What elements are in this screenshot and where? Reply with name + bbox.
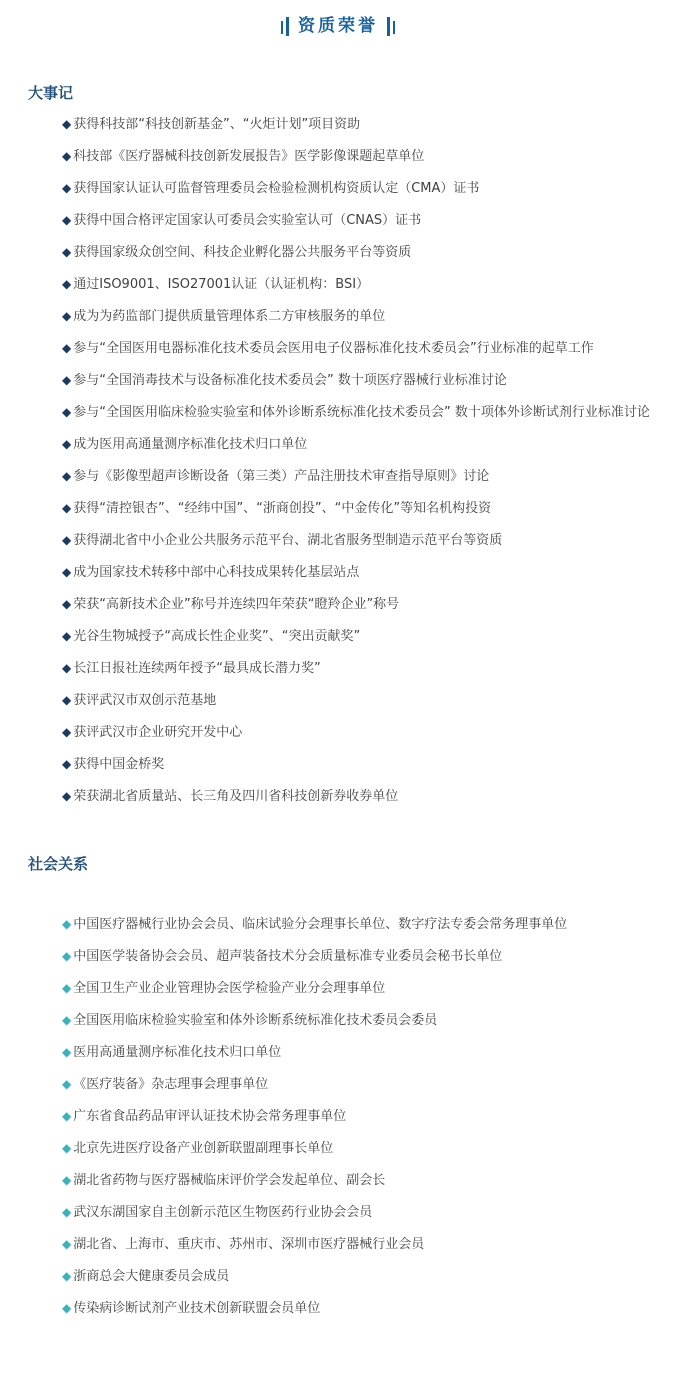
diamond-bullet-icon: ◆ — [62, 1077, 71, 1091]
list-item: ◆中国医疗器械行业协会会员、临床试验分会理事长单位、数字疗法专委会常务理事单位 — [62, 908, 648, 940]
diamond-bullet-icon: ◆ — [62, 725, 71, 739]
list-item-text: 全国医用临床检验实验室和体外诊断系统标准化技术委员会委员 — [73, 1013, 437, 1028]
section-heading-milestones: 大事记 — [28, 83, 648, 103]
page-title-text: 资质荣誉 — [298, 15, 378, 37]
list-item: ◆长江日报社连续两年授予“最具成长潜力奖” — [62, 652, 648, 684]
diamond-bullet-icon: ◆ — [62, 373, 71, 387]
list-item-text: 成为医用高通量测序标准化技术归口单位 — [73, 437, 307, 452]
list-item-text: 浙商总会大健康委员会成员 — [73, 1269, 229, 1284]
list-item-text: 成为国家技术转移中部中心科技成果转化基层站点 — [73, 565, 359, 580]
list-item: ◆通过ISO9001、ISO27001认证（认证机构：BSI） — [62, 268, 648, 300]
diamond-bullet-icon: ◆ — [62, 437, 71, 451]
list-item: ◆荣获“高新技术企业”称号并连续四年荣获“瞪羚企业”称号 — [62, 588, 648, 620]
list-item-text: 武汉东湖国家自主创新示范区生物医药行业协会会员 — [73, 1205, 372, 1220]
diamond-bullet-icon: ◆ — [62, 1045, 71, 1059]
list-item: ◆获得国家级众创空间、科技企业孵化器公共服务平台等资质 — [62, 236, 648, 268]
list-item: ◆获得“清控银杏”、“经纬中国”、“浙商创投”、“中金传化”等知名机构投资 — [62, 492, 648, 524]
diamond-bullet-icon: ◆ — [62, 149, 71, 163]
list-item-text: 获得国家级众创空间、科技企业孵化器公共服务平台等资质 — [73, 245, 411, 260]
list-item-text: 湖北省药物与医疗器械临床评价学会发起单位、副会长 — [73, 1173, 385, 1188]
list-item-text: 医用高通量测序标准化技术归口单位 — [73, 1045, 281, 1060]
list-item-text: 成为为药监部门提供质量管理体系二方审核服务的单位 — [73, 309, 385, 324]
list-item: ◆医用高通量测序标准化技术归口单位 — [62, 1036, 648, 1068]
list-item-text: 荣获湖北省质量站、长三角及四川省科技创新券收券单位 — [73, 789, 398, 804]
diamond-bullet-icon: ◆ — [62, 1269, 71, 1283]
diamond-bullet-icon: ◆ — [62, 981, 71, 995]
list-item-text: 参与“全国消毒技术与设备标准化技术委员会” 数十项医疗器械行业标准讨论 — [73, 373, 507, 388]
list-item: ◆传染病诊断试剂产业技术创新联盟会员单位 — [62, 1292, 648, 1324]
diamond-bullet-icon: ◆ — [62, 917, 71, 931]
diamond-bullet-icon: ◆ — [62, 629, 71, 643]
decor-bar-tall — [387, 17, 390, 36]
list-item: ◆广东省食品药品审评认证技术协会常务理事单位 — [62, 1100, 648, 1132]
list-item: ◆浙商总会大健康委员会成员 — [62, 1260, 648, 1292]
list-item: ◆武汉东湖国家自主创新示范区生物医药行业协会会员 — [62, 1196, 648, 1228]
diamond-bullet-icon: ◆ — [62, 661, 71, 675]
diamond-bullet-icon: ◆ — [62, 245, 71, 259]
list-item-text: 全国卫生产业企业管理协会医学检验产业分会理事单位 — [73, 981, 385, 996]
diamond-bullet-icon: ◆ — [62, 1141, 71, 1155]
diamond-bullet-icon: ◆ — [62, 213, 71, 227]
sections-container: 大事记◆获得科技部“科技创新基金”、“火炬计划”项目资助◆科技部《医疗器械科技创… — [28, 83, 648, 1324]
diamond-bullet-icon: ◆ — [62, 693, 71, 707]
list-item: ◆成为国家技术转移中部中心科技成果转化基层站点 — [62, 556, 648, 588]
diamond-bullet-icon: ◆ — [62, 789, 71, 803]
diamond-bullet-icon: ◆ — [62, 1301, 71, 1315]
list-item-text: 科技部《医疗器械科技创新发展报告》医学影像课题起草单位 — [73, 149, 424, 164]
diamond-bullet-icon: ◆ — [62, 117, 71, 131]
list-item-text: 传染病诊断试剂产业技术创新联盟会员单位 — [73, 1301, 320, 1316]
list-item: ◆荣获湖北省质量站、长三角及四川省科技创新券收券单位 — [62, 780, 648, 812]
list-item-text: 长江日报社连续两年授予“最具成长潜力奖” — [73, 661, 320, 676]
list-item-text: 广东省食品药品审评认证技术协会常务理事单位 — [73, 1109, 346, 1124]
list-item: ◆获评武汉市企业研究开发中心 — [62, 716, 648, 748]
list-item: ◆《医疗装备》杂志理事会理事单位 — [62, 1068, 648, 1100]
list-item-text: 中国医疗器械行业协会会员、临床试验分会理事长单位、数字疗法专委会常务理事单位 — [73, 917, 567, 932]
list-item: ◆获得中国金桥奖 — [62, 748, 648, 780]
diamond-bullet-icon: ◆ — [62, 949, 71, 963]
honors-page: { "page": { "title": "资质荣誉" }, "colors":… — [0, 0, 676, 1382]
decor-bar-tall — [286, 17, 289, 36]
diamond-bullet-icon: ◆ — [62, 277, 71, 291]
decor-bar-short — [393, 21, 395, 34]
list-item-text: 中国医学装备协会会员、超声装备技术分会质量标准专业委员会秘书长单位 — [73, 949, 502, 964]
list-item-text: 获得中国金桥奖 — [73, 757, 164, 772]
list-item: ◆湖北省药物与医疗器械临床评价学会发起单位、副会长 — [62, 1164, 648, 1196]
list-item-text: 获得湖北省中小企业公共服务示范平台、湖北省服务型制造示范平台等资质 — [73, 533, 502, 548]
list-item-text: 获得国家认证认可监督管理委员会检验检测机构资质认定（CMA）证书 — [73, 181, 479, 196]
list-item-text: 参与《影像型超声诊断设备（第三类）产品注册技术审查指导原则》讨论 — [73, 469, 489, 484]
diamond-bullet-icon: ◆ — [62, 501, 71, 515]
diamond-bullet-icon: ◆ — [62, 1237, 71, 1251]
diamond-bullet-icon: ◆ — [62, 565, 71, 579]
section-list-milestones: ◆获得科技部“科技创新基金”、“火炬计划”项目资助◆科技部《医疗器械科技创新发展… — [28, 108, 648, 812]
diamond-bullet-icon: ◆ — [62, 309, 71, 323]
list-item: ◆全国卫生产业企业管理协会医学检验产业分会理事单位 — [62, 972, 648, 1004]
list-item-text: 获得中国合格评定国家认可委员会实验室认可（CNAS）证书 — [73, 213, 421, 228]
list-item: ◆成为医用高通量测序标准化技术归口单位 — [62, 428, 648, 460]
diamond-bullet-icon: ◆ — [62, 533, 71, 547]
list-item: ◆获得国家认证认可监督管理委员会检验检测机构资质认定（CMA）证书 — [62, 172, 648, 204]
list-item: ◆科技部《医疗器械科技创新发展报告》医学影像课题起草单位 — [62, 140, 648, 172]
list-item-text: 湖北省、上海市、重庆市、苏州市、深圳市医疗器械行业会员 — [73, 1237, 424, 1252]
decor-bar-short — [281, 21, 283, 34]
section-list-social: ◆中国医疗器械行业协会会员、临床试验分会理事长单位、数字疗法专委会常务理事单位◆… — [28, 908, 648, 1324]
list-item: ◆光谷生物城授予“高成长性企业奖”、“突出贡献奖” — [62, 620, 648, 652]
list-item-text: 参与“全国医用临床检验实验室和体外诊断系统标准化技术委员会” 数十项体外诊断试剂… — [73, 405, 650, 420]
list-item-text: 参与“全国医用电器标准化技术委员会医用电子仪器标准化技术委员会”行业标准的起草工… — [73, 341, 593, 356]
list-item: ◆获评武汉市双创示范基地 — [62, 684, 648, 716]
list-item: ◆北京先进医疗设备产业创新联盟副理事长单位 — [62, 1132, 648, 1164]
section-heading-social: 社会关系 — [28, 854, 648, 874]
diamond-bullet-icon: ◆ — [62, 181, 71, 195]
list-item: ◆参与“全国医用电器标准化技术委员会医用电子仪器标准化技术委员会”行业标准的起草… — [62, 332, 648, 364]
diamond-bullet-icon: ◆ — [62, 1173, 71, 1187]
list-item-text: 北京先进医疗设备产业创新联盟副理事长单位 — [73, 1141, 333, 1156]
list-item: ◆获得湖北省中小企业公共服务示范平台、湖北省服务型制造示范平台等资质 — [62, 524, 648, 556]
diamond-bullet-icon: ◆ — [62, 1109, 71, 1123]
list-item: ◆参与《影像型超声诊断设备（第三类）产品注册技术审查指导原则》讨论 — [62, 460, 648, 492]
list-item-text: 获评武汉市双创示范基地 — [73, 693, 216, 708]
list-item-text: 光谷生物城授予“高成长性企业奖”、“突出贡献奖” — [73, 629, 360, 644]
list-item: ◆参与“全国医用临床检验实验室和体外诊断系统标准化技术委员会” 数十项体外诊断试… — [62, 396, 648, 428]
list-item-text: 荣获“高新技术企业”称号并连续四年荣获“瞪羚企业”称号 — [73, 597, 399, 612]
list-item: ◆获得中国合格评定国家认可委员会实验室认可（CNAS）证书 — [62, 204, 648, 236]
diamond-bullet-icon: ◆ — [62, 1013, 71, 1027]
diamond-bullet-icon: ◆ — [62, 469, 71, 483]
section-social: 社会关系◆中国医疗器械行业协会会员、临床试验分会理事长单位、数字疗法专委会常务理… — [28, 854, 648, 1324]
list-item: ◆全国医用临床检验实验室和体外诊断系统标准化技术委员会委员 — [62, 1004, 648, 1036]
title-decor-right-icon — [387, 17, 395, 36]
list-item-text: 获得“清控银杏”、“经纬中国”、“浙商创投”、“中金传化”等知名机构投资 — [73, 501, 491, 516]
diamond-bullet-icon: ◆ — [62, 757, 71, 771]
list-item-text: 获评武汉市企业研究开发中心 — [73, 725, 242, 740]
list-item: ◆参与“全国消毒技术与设备标准化技术委员会” 数十项医疗器械行业标准讨论 — [62, 364, 648, 396]
list-item: ◆中国医学装备协会会员、超声装备技术分会质量标准专业委员会秘书长单位 — [62, 940, 648, 972]
list-item: ◆湖北省、上海市、重庆市、苏州市、深圳市医疗器械行业会员 — [62, 1228, 648, 1260]
list-item-text: 获得科技部“科技创新基金”、“火炬计划”项目资助 — [73, 117, 360, 132]
title-decor-left-icon — [281, 17, 289, 36]
list-item: ◆成为为药监部门提供质量管理体系二方审核服务的单位 — [62, 300, 648, 332]
diamond-bullet-icon: ◆ — [62, 597, 71, 611]
page-title: 资质荣誉 — [0, 0, 676, 37]
diamond-bullet-icon: ◆ — [62, 341, 71, 355]
section-milestones: 大事记◆获得科技部“科技创新基金”、“火炬计划”项目资助◆科技部《医疗器械科技创… — [28, 83, 648, 812]
list-item-text: 通过ISO9001、ISO27001认证（认证机构：BSI） — [73, 277, 369, 292]
diamond-bullet-icon: ◆ — [62, 1205, 71, 1219]
list-item: ◆获得科技部“科技创新基金”、“火炬计划”项目资助 — [62, 108, 648, 140]
list-item-text: 《医疗装备》杂志理事会理事单位 — [73, 1077, 268, 1092]
diamond-bullet-icon: ◆ — [62, 405, 71, 419]
